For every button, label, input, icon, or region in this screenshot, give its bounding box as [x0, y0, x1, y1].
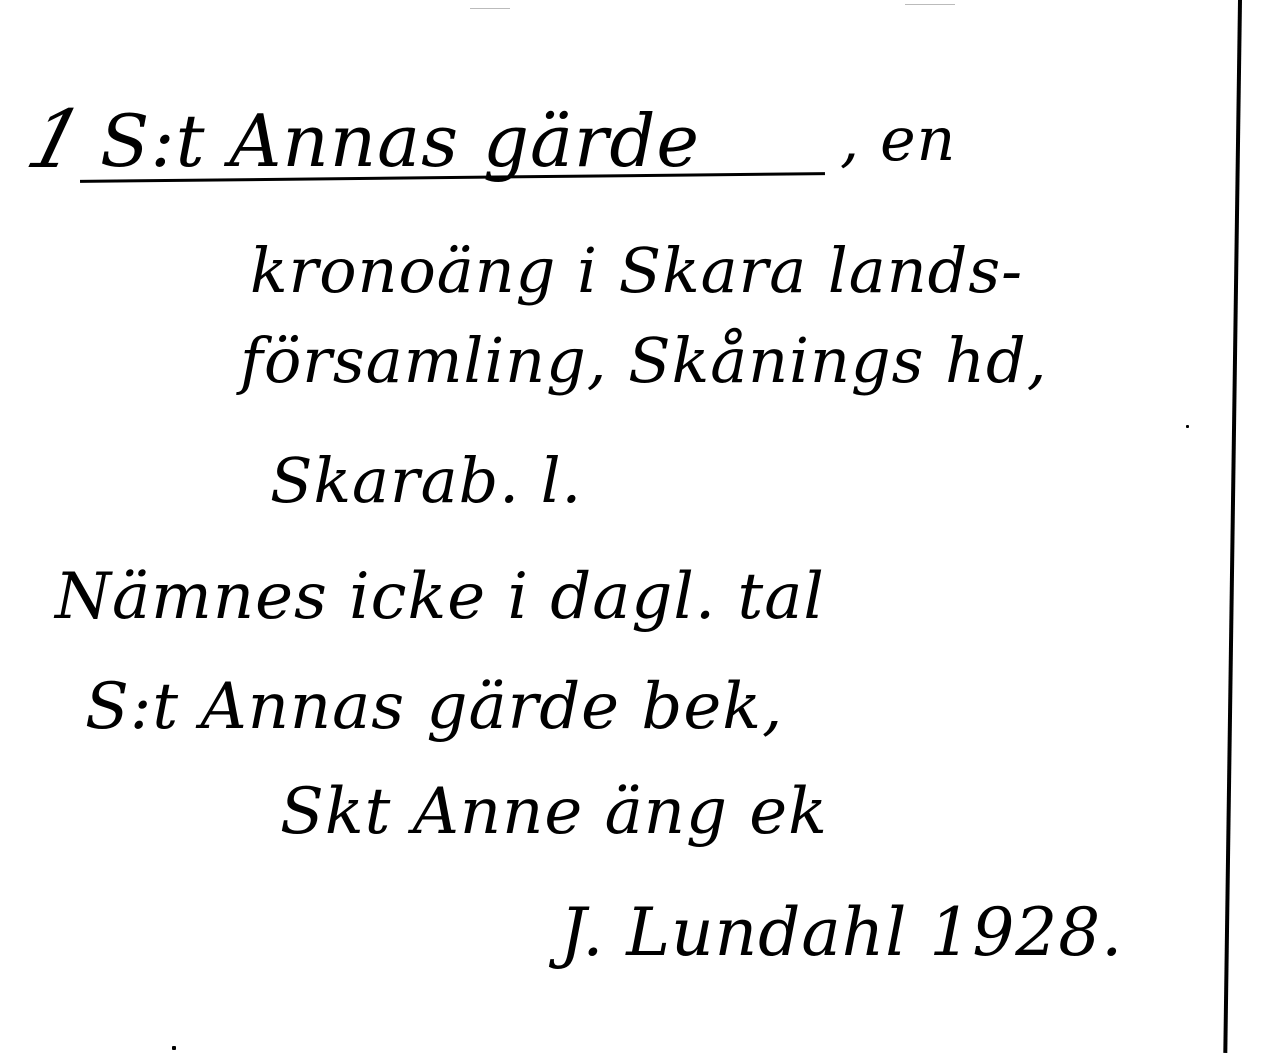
- variant-line-2: Skt Anne äng ek: [280, 780, 828, 844]
- description-line-2: församling, Skånings hd,: [240, 330, 1047, 392]
- scan-speck-2: [1186, 425, 1189, 428]
- description-line-1: kronoäng i Skara lands-: [250, 240, 1023, 302]
- variant-line-1: S:t Annas gärde bek,: [85, 675, 783, 739]
- scan-artifact-top: [470, 8, 510, 9]
- record-card: 1 S:t Annas gärde , en kronoäng i Skara …: [0, 0, 1270, 1053]
- signature: J. Lundahl 1928.: [560, 900, 1123, 966]
- record-number: 1: [19, 100, 92, 180]
- card-right-edge: [1223, 0, 1242, 1053]
- usage-note: Nämnes icke i dagl. tal: [55, 565, 825, 629]
- headword-continuation: , en: [840, 110, 956, 170]
- scan-speck: [172, 1046, 176, 1050]
- scan-artifact-top-2: [905, 4, 955, 5]
- description-line-3: Skarab. l.: [270, 450, 582, 512]
- headword: S:t Annas gärde: [100, 105, 700, 177]
